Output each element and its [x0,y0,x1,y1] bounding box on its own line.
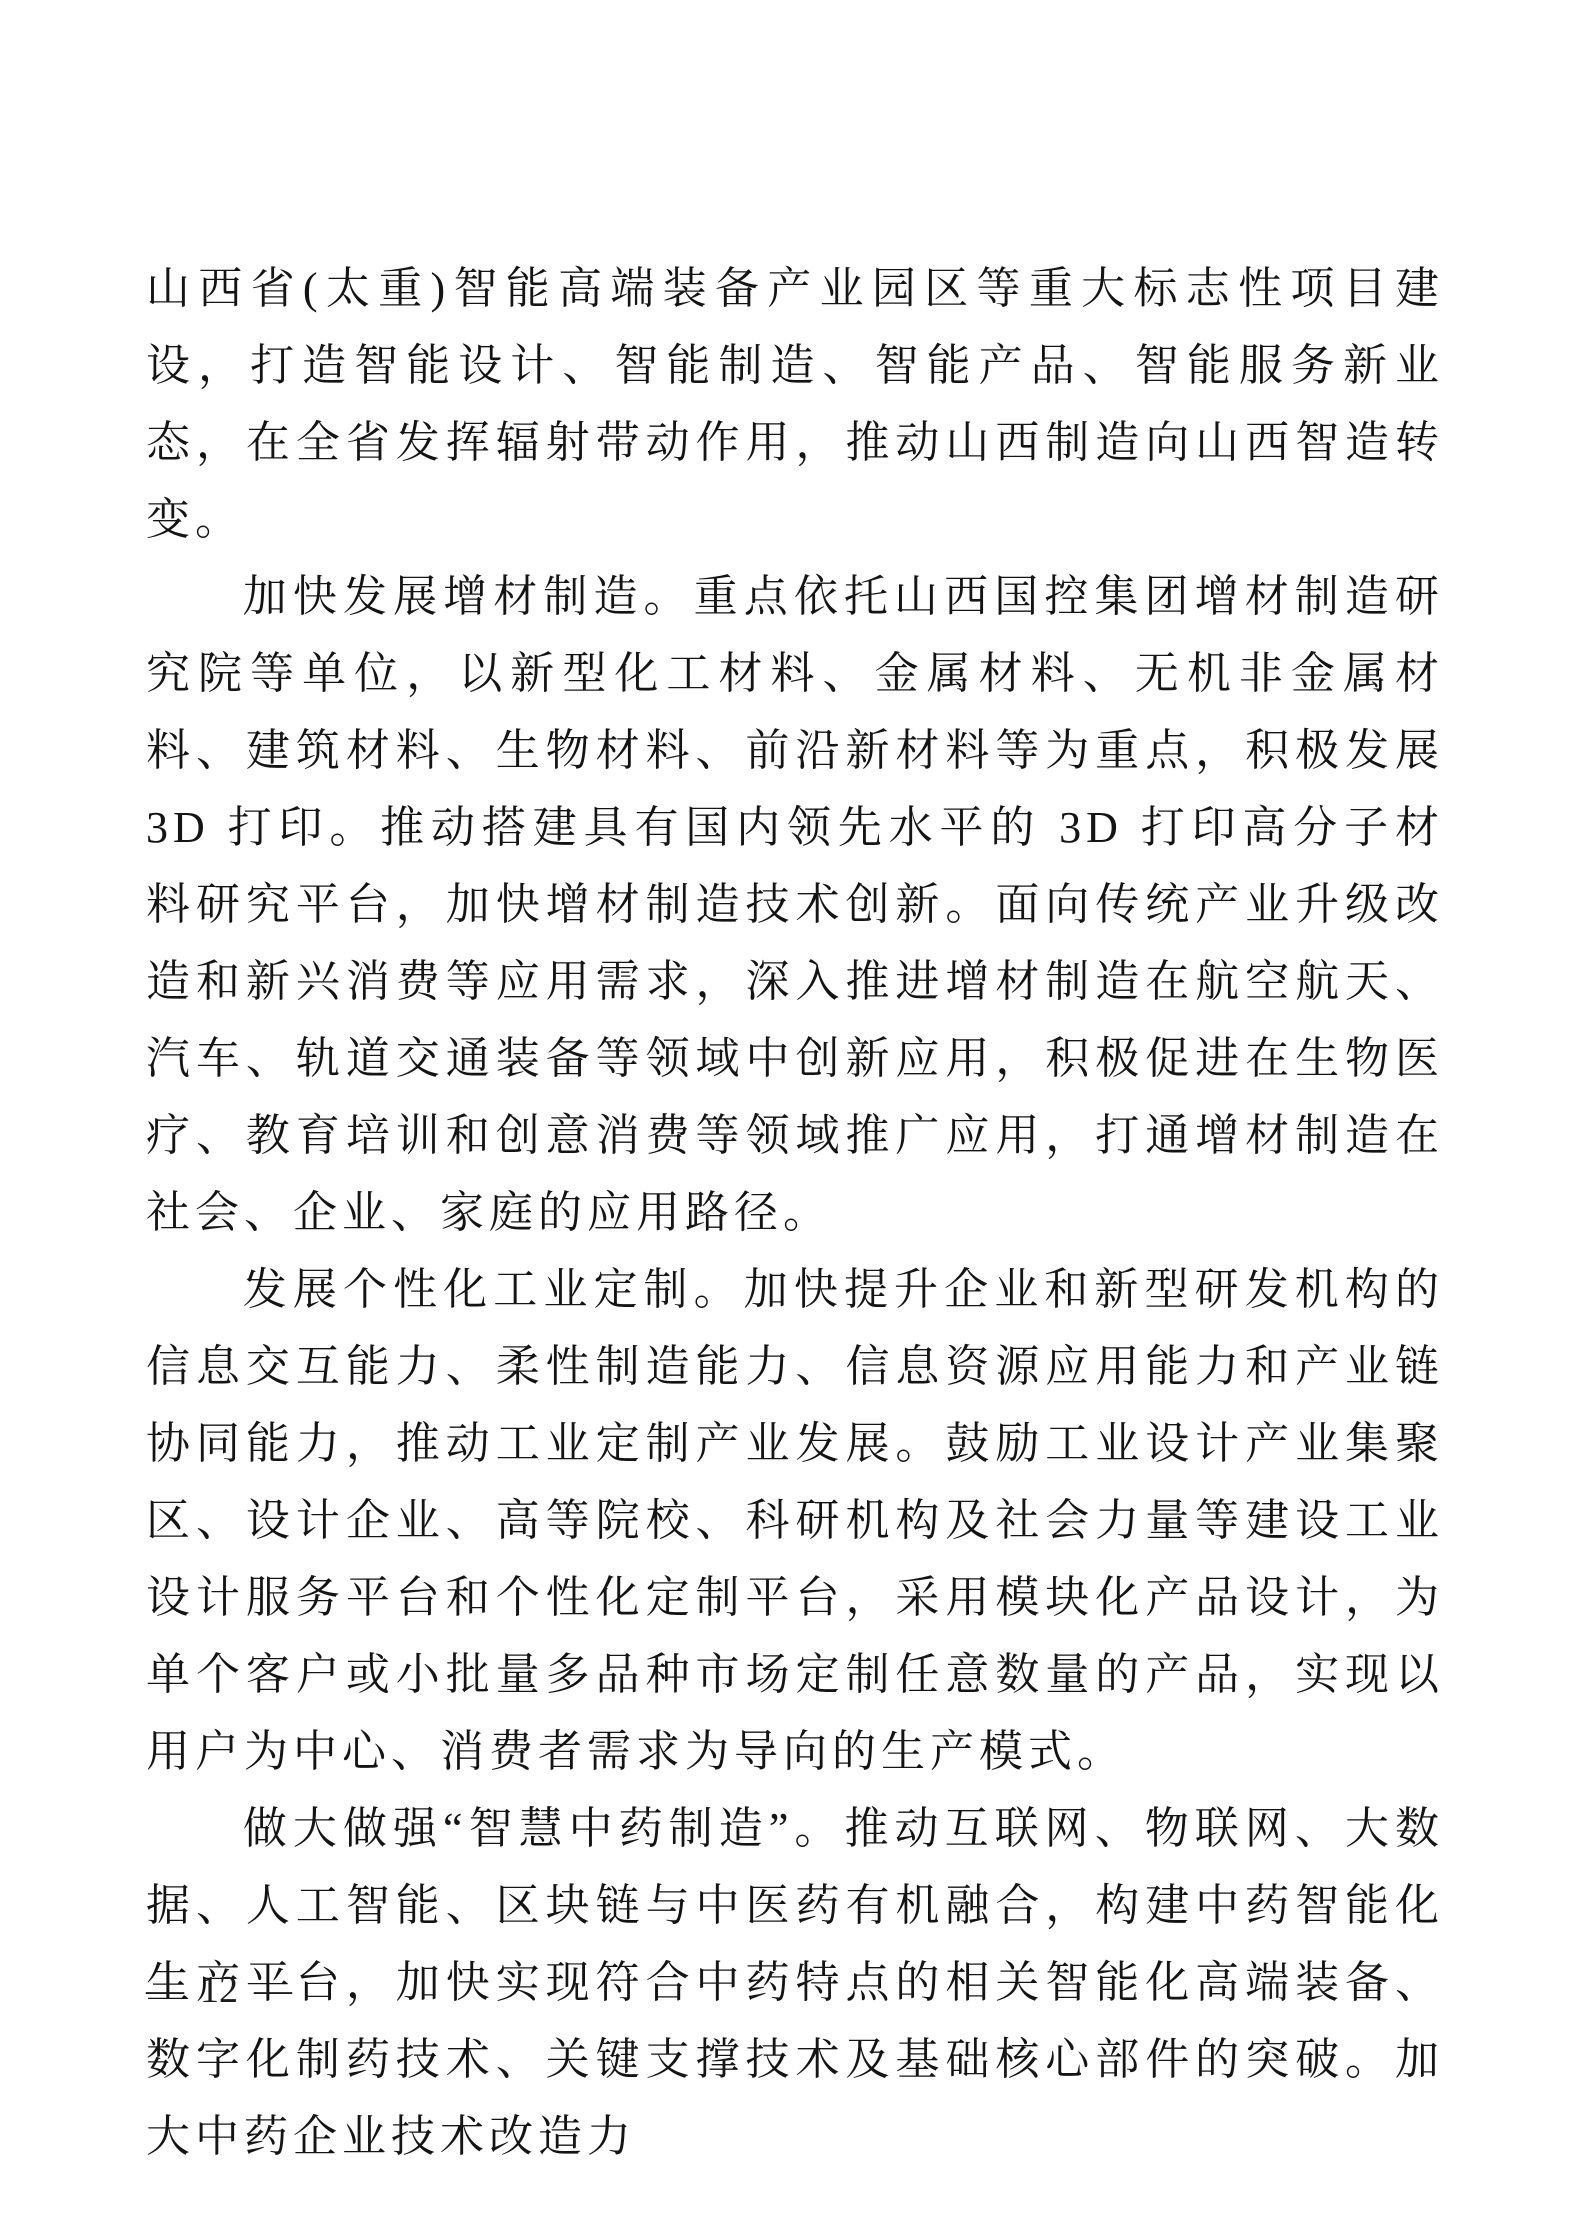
page-number: 12 [200,1968,238,2012]
footer-dash-left: — [146,1968,184,2012]
document-body: 山西省(太重)智能高端装备产业园区等重大标志性项目建设，打造智能设计、智能制造、… [146,250,1444,2175]
paragraph-smart-tcm-manufacturing: 做大做强“智慧中药制造”。推动互联网、物联网、大数据、人工智能、区块链与中医药有… [146,1790,1444,2175]
page-footer: — 12 — [146,1968,292,2012]
footer-dash-right: — [254,1968,292,2012]
paragraph-continuation: 山西省(太重)智能高端装备产业园区等重大标志性项目建设，打造智能设计、智能制造、… [146,250,1444,558]
paragraph-industrial-customization: 发展个性化工业定制。加快提升企业和新型研发机构的信息交互能力、柔性制造能力、信息… [146,1251,1444,1790]
paragraph-additive-manufacturing: 加快发展增材制造。重点依托山西国控集团增材制造研究院等单位，以新型化工材料、金属… [146,558,1444,1251]
document-page: 山西省(太重)智能高端装备产业园区等重大标志性项目建设，打造智能设计、智能制造、… [0,0,1581,2217]
